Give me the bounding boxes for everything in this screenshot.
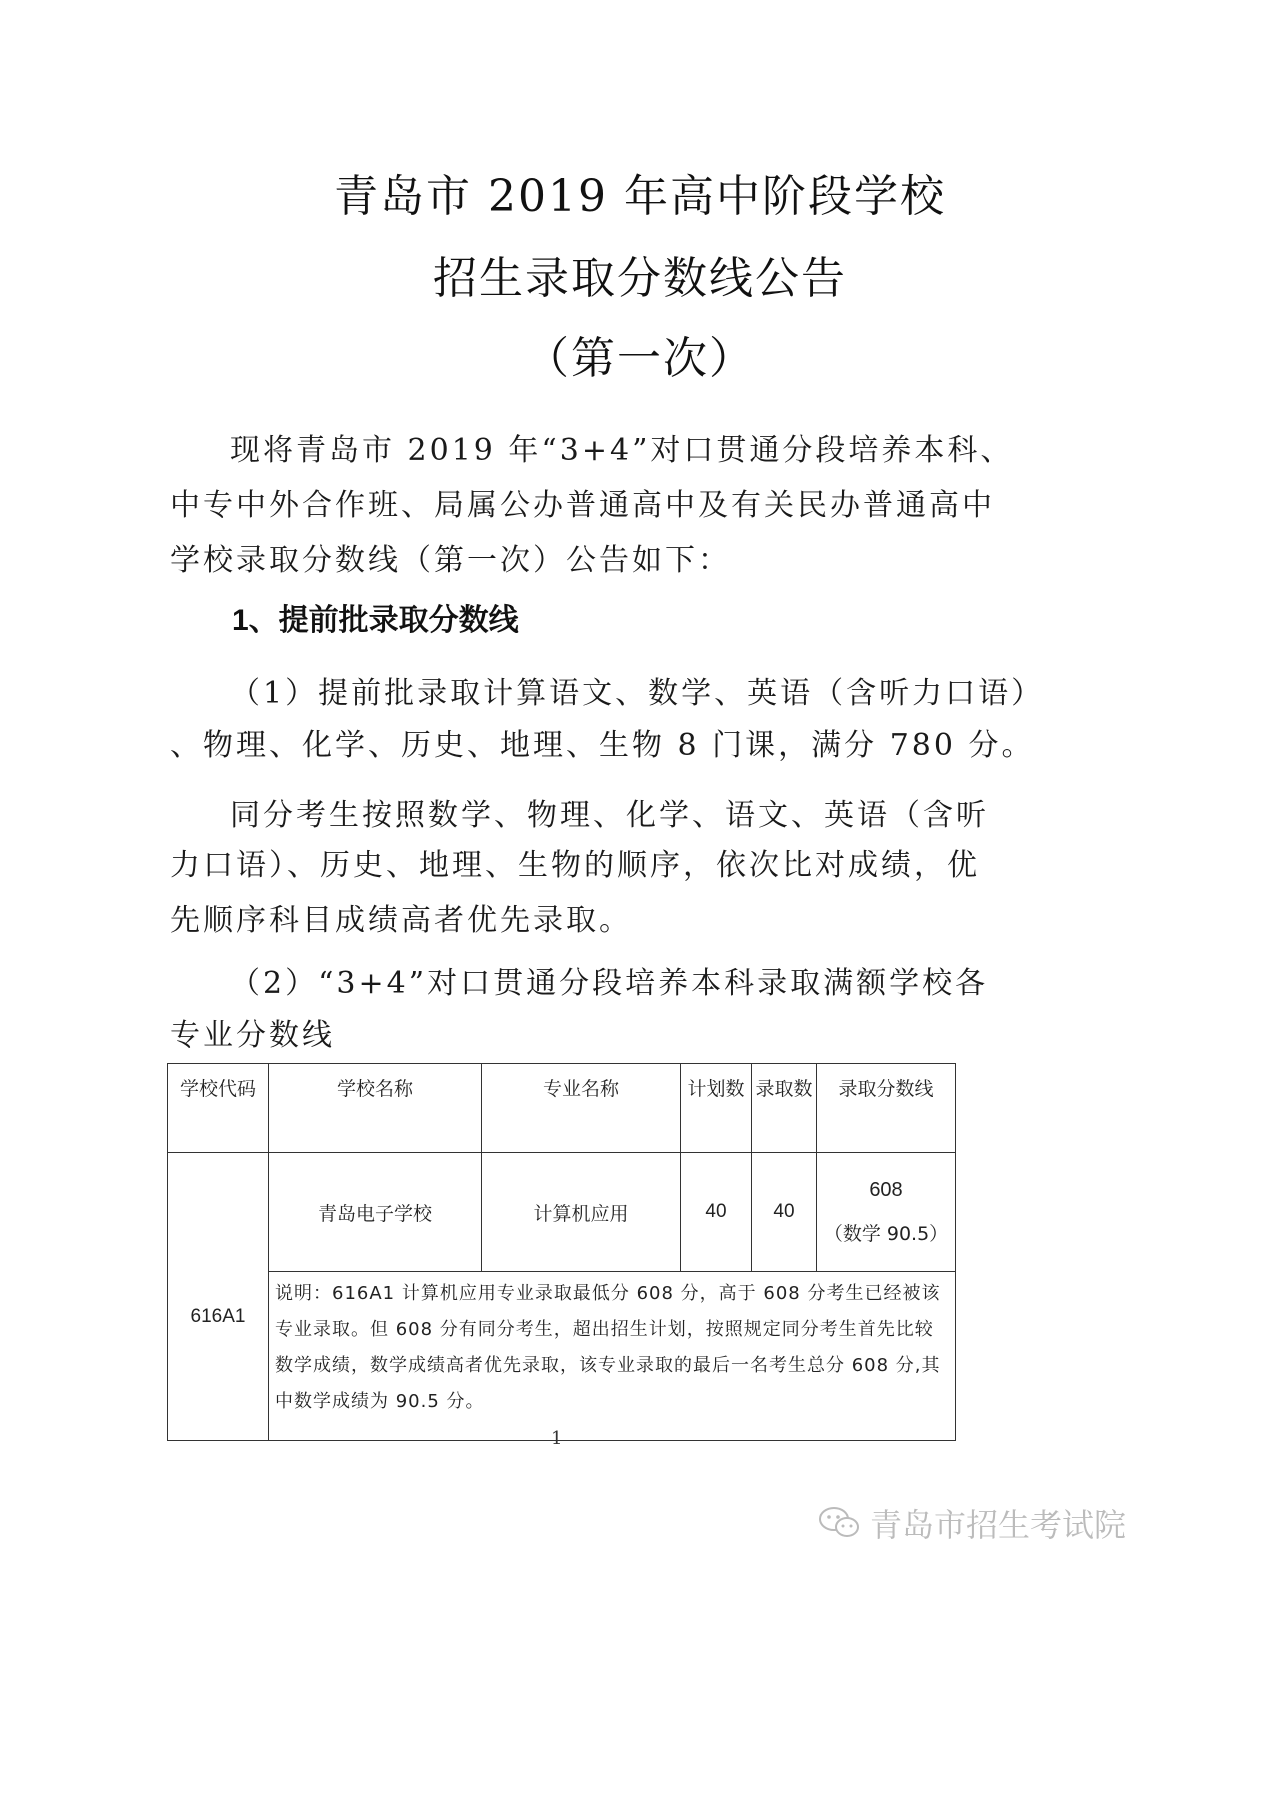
- cutoff-tiebreak: （数学 90.5）: [817, 1212, 955, 1256]
- table-row: 616A1 青岛电子学校 计算机应用 40 40 608 （数学 90.5）: [168, 1153, 956, 1272]
- title-line-3: （第一次）: [0, 322, 1280, 386]
- item1-line-1: （1）提前批录取计算语文、数学、英语（含听力口语）: [230, 668, 1130, 712]
- title-line-2: 招生录取分数线公告: [0, 242, 1280, 306]
- school-name-cell: 青岛电子学校: [269, 1153, 482, 1272]
- cutoff-table: 学校代码 学校名称 专业名称 计划数 录取数 录取分数线 616A1 青岛电子学…: [167, 1063, 956, 1441]
- header-cutoff: 录取分数线: [817, 1064, 956, 1153]
- header-school-code: 学校代码: [168, 1064, 269, 1153]
- item1-line-2: 、物理、化学、历史、地理、生物 8 门课，满分 780 分。: [170, 720, 1070, 764]
- school-code-cell: 616A1: [168, 1153, 269, 1441]
- header-planned: 计划数: [681, 1064, 752, 1153]
- planned-cell: 40: [681, 1153, 752, 1272]
- header-major: 专业名称: [482, 1064, 681, 1153]
- note-row: 说明：616A1 计算机应用专业录取最低分 608 分，高于 608 分考生已经…: [168, 1272, 956, 1441]
- title-line-1: 青岛市 2019 年高中阶段学校: [0, 160, 1280, 224]
- tie-line-3: 先顺序科目成绩高者优先录取。: [170, 895, 1070, 939]
- item2-line-1: （2）“3+4”对口贯通分段培养本科录取满额学校各: [230, 958, 1130, 1002]
- header-school-name: 学校名称: [269, 1064, 482, 1153]
- tie-line-2: 力口语）、历史、地理、生物的顺序，依次比对成绩，优: [170, 840, 1070, 884]
- tie-line-1: 同分考生按照数学、物理、化学、语文、英语（含听: [230, 790, 1130, 834]
- major-cell: 计算机应用: [482, 1153, 681, 1272]
- admitted-cell: 40: [752, 1153, 817, 1272]
- intro-line-3: 学校录取分数线（第一次）公告如下：: [170, 535, 1070, 579]
- watermark: 青岛市招生考试院: [818, 1500, 1126, 1546]
- cutoff-score: 608: [817, 1168, 955, 1212]
- section-heading: 1、提前批录取分数线: [232, 595, 519, 639]
- cutoff-cell: 608 （数学 90.5）: [817, 1153, 956, 1272]
- header-admitted: 录取数: [752, 1064, 817, 1153]
- table-header-row: 学校代码 学校名称 专业名称 计划数 录取数 录取分数线: [168, 1064, 956, 1153]
- watermark-text: 青岛市招生考试院: [870, 1500, 1126, 1546]
- item2-line-2: 专业分数线: [170, 1010, 1070, 1054]
- wechat-icon: [818, 1505, 862, 1541]
- page-number: 1: [551, 1428, 562, 1449]
- note-cell: 说明：616A1 计算机应用专业录取最低分 608 分，高于 608 分考生已经…: [269, 1272, 956, 1441]
- intro-line-1: 现将青岛市 2019 年“3+4”对口贯通分段培养本科、: [230, 425, 1130, 469]
- intro-line-2: 中专中外合作班、局属公办普通高中及有关民办普通高中: [170, 480, 1070, 524]
